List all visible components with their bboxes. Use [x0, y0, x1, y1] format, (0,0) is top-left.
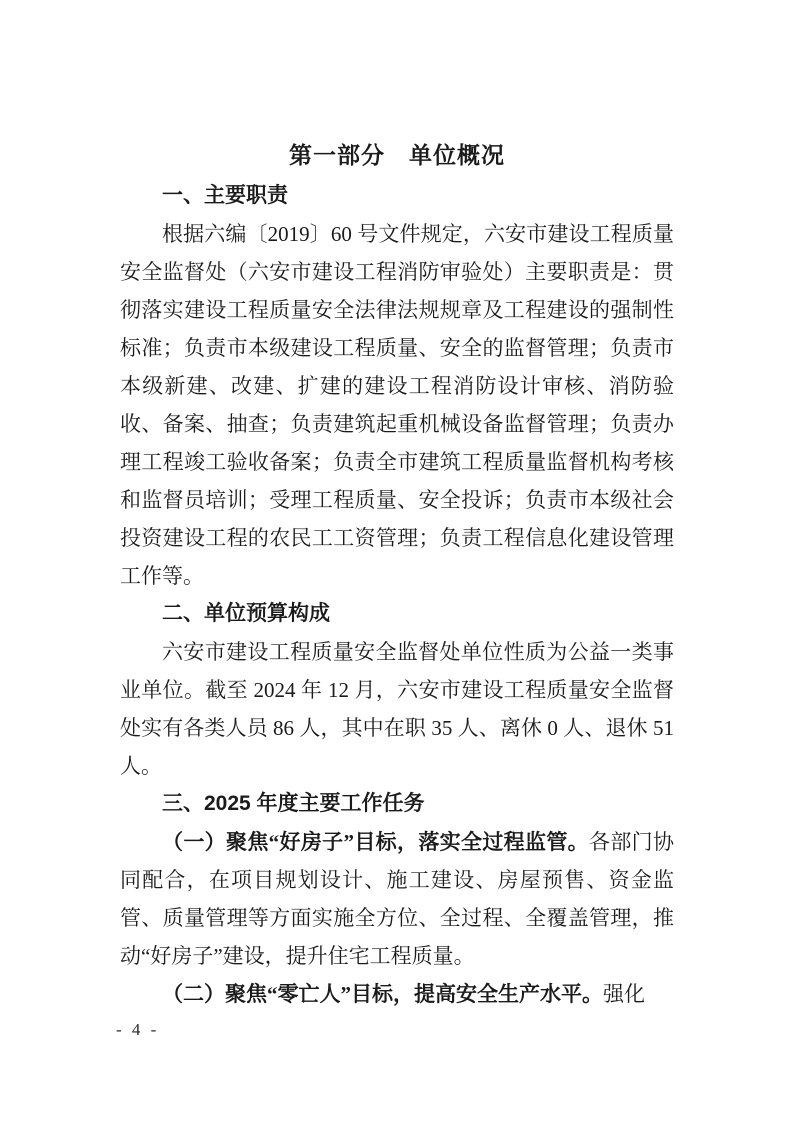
part-title: 第一部分 单位概况 — [120, 133, 674, 177]
paragraph-task-2: （二）聚焦“零亡人”目标，提高安全生产水平。强化 — [120, 975, 674, 1013]
paragraph-budget-composition: 六安市建设工程质量安全监督处单位性质为公益一类事业单位。截至 2024 年 12… — [120, 633, 674, 785]
paragraph-main-duties: 根据六编〔2019〕60 号文件规定，六安市建设工程质量安全监督处（六安市建设工… — [120, 215, 674, 595]
paragraph-task-1-lead: （一）聚焦“好房子”目标，落实全过程监管。 — [162, 830, 589, 854]
paragraph-task-2-lead: （二）聚焦“零亡人”目标，提高安全生产水平。 — [162, 982, 603, 1006]
document-page: 第一部分 单位概况 一、主要职责 根据六编〔2019〕60 号文件规定，六安市建… — [0, 0, 793, 1122]
paragraph-task-1: （一）聚焦“好房子”目标，落实全过程监管。各部门协同配合，在项目规划设计、施工建… — [120, 823, 674, 975]
page-number: - 4 - — [116, 1020, 159, 1040]
section-heading-2025-tasks: 三、2025 年度主要工作任务 — [120, 785, 674, 823]
section-heading-main-duties: 一、主要职责 — [120, 177, 674, 215]
paragraph-task-2-body: 强化 — [603, 982, 645, 1006]
section-heading-budget-composition: 二、单位预算构成 — [120, 595, 674, 633]
